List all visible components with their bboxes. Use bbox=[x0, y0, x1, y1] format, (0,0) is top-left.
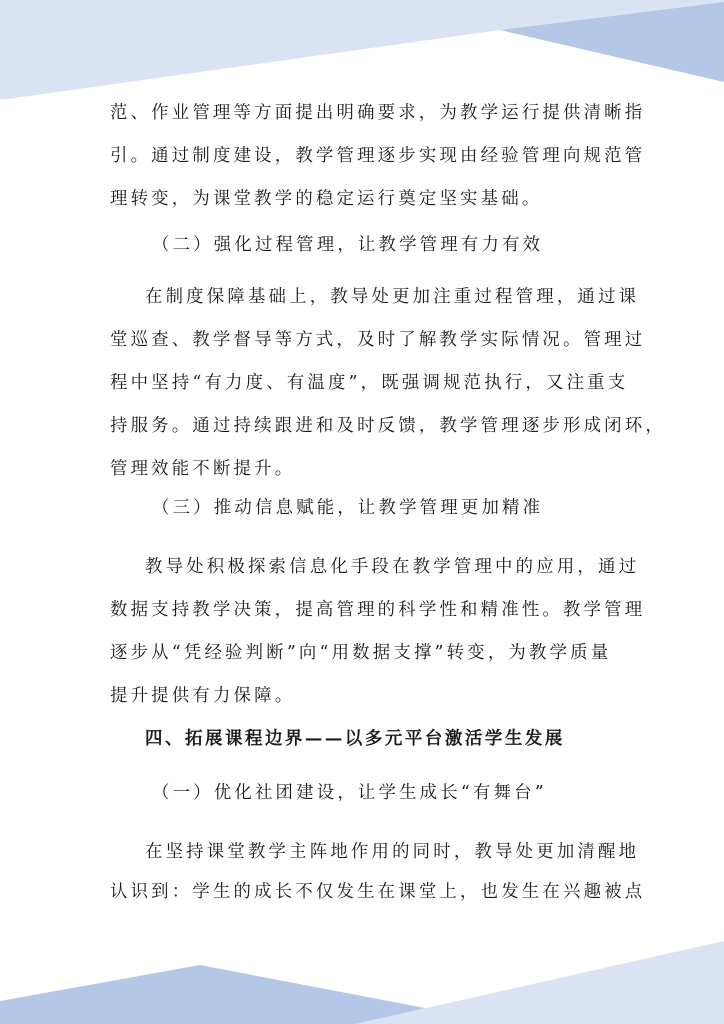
body-text-line: 认识到：学生的成长不仅发生在课堂上，也发生在兴趣被点 bbox=[110, 880, 645, 904]
subsection-heading-2: （二）强化过程管理，让教学管理有力有效 bbox=[152, 233, 543, 257]
body-text-line: 持服务。通过持续跟进和及时反馈，教学管理逐步形成闭环， bbox=[110, 414, 666, 438]
body-text-line: 程中坚持“有力度、有温度”，既强调规范执行，又注重支 bbox=[110, 371, 628, 395]
body-text-line: 提升提供有力保障。 bbox=[110, 684, 295, 708]
body-text-line: 数据支持教学决策，提高管理的科学性和精准性。教学管理 bbox=[110, 598, 645, 622]
body-text-line: 理转变，为课堂教学的稳定运行奠定坚实基础。 bbox=[110, 187, 542, 211]
subsection-heading-4-1: （一）优化社团建设，让学生成长“有舞台” bbox=[152, 781, 547, 805]
body-text-line: 在制度保障基础上，教导处更加注重过程管理，通过课 bbox=[145, 285, 639, 309]
top-dark-wedge bbox=[500, 2, 724, 82]
body-text-line: 管理效能不断提升。 bbox=[110, 457, 295, 481]
subsection-heading-3: （三）推动信息赋能，让教学管理更加精准 bbox=[152, 496, 543, 520]
body-text-line: 堂巡查、教学督导等方式，及时了解教学实际情况。管理过 bbox=[110, 328, 645, 352]
body-text-line: 教导处积极探索信息化手段在教学管理中的应用，通过 bbox=[145, 555, 639, 579]
body-text-line: 在坚持课堂教学主阵地作用的同时，教导处更加清醒地 bbox=[145, 840, 639, 864]
section-heading-4: 四、拓展课程边界——以多元平台激活学生发展 bbox=[145, 727, 565, 751]
body-text-line: 范、作业管理等方面提出明确要求，为教学运行提供清晰指 bbox=[110, 101, 645, 125]
top-light-band bbox=[0, 0, 724, 100]
bottom-light-shape bbox=[355, 941, 724, 1024]
body-text-line: 引。通过制度建设，教学管理逐步实现由经验管理向规范管 bbox=[110, 144, 645, 168]
bottom-dark-shape bbox=[0, 965, 425, 1024]
body-text-line: 逐步从“凭经验判断”向“用数据支撑”转变，为教学质量 bbox=[110, 641, 611, 665]
